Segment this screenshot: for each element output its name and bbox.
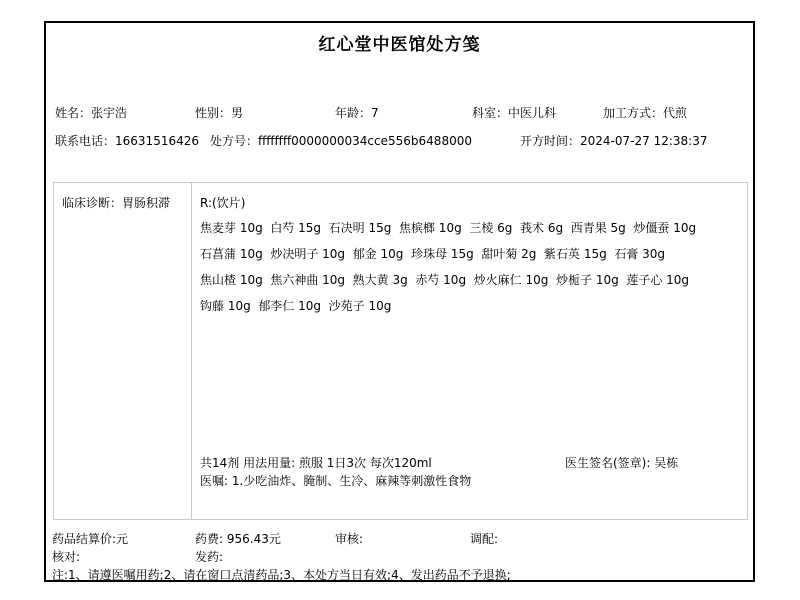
medicine-line: 焦山楂 10g 焦六神曲 10g 熟大黄 3g 赤芍 10g 炒火麻仁 10g … (200, 273, 689, 287)
medicine-line: 石菖蒲 10g 炒决明子 10g 郁金 10g 珍珠母 15g 甜叶菊 2g 紫… (200, 247, 665, 261)
field-medicine-fee: 药费: 956.43元 (195, 532, 281, 546)
field-rx-number: 处方号：ffffffff0000000034cce556b6488000 (210, 134, 472, 148)
department-label: 科室： (472, 106, 508, 120)
field-patient-gender: 性别：男 (195, 106, 243, 120)
patient-gender-label: 性别： (195, 106, 231, 120)
medicine-line: 钩藤 10g 郁李仁 10g 沙苑子 10g (200, 299, 391, 313)
phone-label: 联系电话： (55, 134, 115, 148)
field-diagnosis: 临床诊断：胃肠积滞 (62, 196, 170, 210)
doctor-signature-value: 吴栋 (654, 456, 678, 470)
doctor-advice: 医嘱: 1.少吃油炸、腌制、生冷、麻辣等刺激性食物 (200, 474, 471, 488)
settle-price-value: 元 (116, 532, 128, 546)
field-patient-name: 姓名：张宇浩 (55, 106, 127, 120)
field-patient-age: 年龄：7 (335, 106, 379, 120)
issue-time-label: 开方时间： (520, 134, 580, 148)
department-value: 中医儿科 (508, 106, 556, 120)
check-label: 核对: (52, 550, 80, 564)
patient-name-label: 姓名： (55, 106, 91, 120)
footer-note: 注:1、请遵医嘱用药;2、请在窗口点清药品;3、本处方当日有效;4、发出药品不予… (52, 568, 511, 582)
dispense-label: 发药: (195, 550, 223, 564)
patient-gender-value: 男 (231, 106, 243, 120)
patient-age-value: 7 (371, 106, 379, 120)
dispense-prep-label: 调配: (470, 532, 498, 546)
rx-number-value: ffffffff0000000034cce556b6488000 (258, 134, 472, 148)
patient-name-value: 张宇浩 (91, 106, 127, 120)
diagnosis-rx-divider (191, 183, 192, 519)
page-title: 红心堂中医馆处方笺 (44, 30, 755, 55)
diagnosis-label: 临床诊断： (62, 196, 122, 210)
field-dispense-prep: 调配: (470, 532, 498, 546)
prescription-page: 红心堂中医馆处方笺 姓名：张宇浩 性别：男 年龄：7 科室：中医儿科 加工方式：… (0, 0, 800, 600)
diagnosis-value: 胃肠积滞 (122, 196, 170, 210)
processing-method-value: 代煎 (663, 106, 687, 120)
field-dispense: 发药: (195, 550, 223, 564)
processing-method-label: 加工方式： (603, 106, 663, 120)
phone-value: 16631516426 (115, 134, 199, 148)
issue-time-value: 2024-07-27 12:38:37 (580, 134, 707, 148)
medicine-fee-value: 956.43元 (227, 532, 281, 546)
field-issue-time: 开方时间：2024-07-27 12:38:37 (520, 134, 707, 148)
review-label: 审核: (335, 532, 363, 546)
rx-header: R:(饮片) (200, 196, 245, 210)
doctor-signature-label: 医生签名(签章): (565, 456, 654, 470)
medicine-line: 焦麦芽 10g 白芍 15g 石决明 15g 焦槟榔 10g 三棱 6g 莪术 … (200, 221, 696, 235)
medicine-fee-label: 药费: (195, 532, 227, 546)
field-processing-method: 加工方式：代煎 (603, 106, 687, 120)
field-check: 核对: (52, 550, 80, 564)
field-settle-price: 药品结算价:元 (52, 532, 128, 546)
field-phone: 联系电话：16631516426 (55, 134, 199, 148)
field-review: 审核: (335, 532, 363, 546)
rx-number-label: 处方号： (210, 134, 258, 148)
doctor-signature: 医生签名(签章): 吴栋 (565, 456, 678, 470)
usage-instructions: 共14剂 用法用量: 煎服 1日3次 每次120ml (200, 456, 432, 470)
settle-price-label: 药品结算价: (52, 532, 116, 546)
patient-age-label: 年龄： (335, 106, 371, 120)
field-department: 科室：中医儿科 (472, 106, 556, 120)
